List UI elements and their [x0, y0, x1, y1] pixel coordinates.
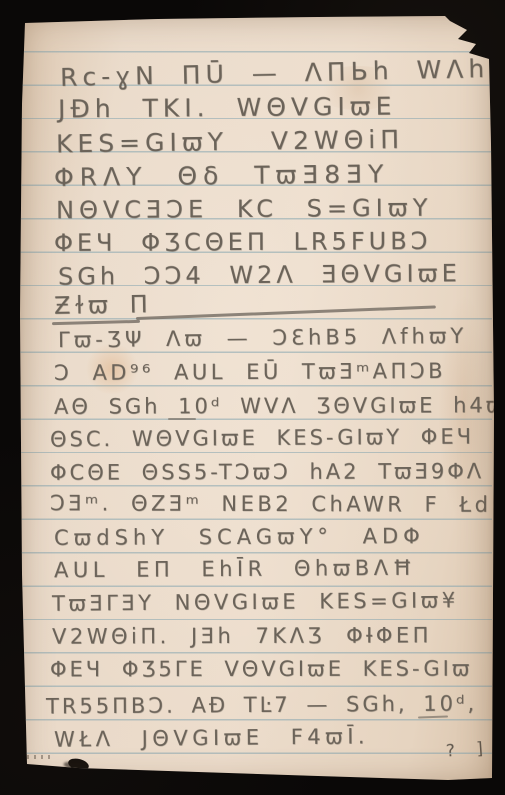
corner-pencil-marks: ? ]	[445, 738, 491, 761]
manuscript-line: CϖdShY SCAGϖY° ADΦ	[54, 524, 425, 550]
manuscript-line: AΘ SGh 10ᵈ WVΛ ƷΘVGIϖE h4ϖ	[54, 393, 505, 419]
manuscript-line: KES=GIϖY V2WΘiΠ	[56, 125, 404, 159]
manuscript-line: Ɔ AD⁹⁶ AUL EŪ TϖƎᵐAΠƆB	[54, 359, 446, 385]
manuscript-line: TR55ΠBƆ. AƉ TĿ7 — SGh, 10ᵈ,	[46, 691, 477, 718]
manuscript-line: ΦCΘE ΘSS5-TƆϖƆ hA2 TϖƎ9ΦΛ	[50, 459, 484, 485]
manuscript-paper: Rc-ɣN ΠŪ — ΛΠЬh WΛhɦR JƉh TKI. WΘVGIϖE K…	[18, 14, 494, 786]
manuscript-line: SGh ƆƆ4 W2Λ ƎΘVGIϖE	[58, 259, 461, 291]
photo-background: { "photo": { "background_color": "#0a080…	[0, 0, 505, 795]
manuscript-line: ΦEЧ ΦƷCΘEΠ LR5FUBƆ	[54, 227, 432, 257]
manuscript-line: WŁΛ JΘVGIϖE F4ϖĪ.	[54, 724, 369, 751]
manuscript-line: Ƶɫϖ Π	[54, 290, 152, 320]
manuscript-line: NΘVCƎƆE KC S=GIϖY	[56, 194, 433, 225]
manuscript-line: ΦEЧ ΦƷ5ΓE VΘVGIϖE KES-GIϖ	[50, 657, 472, 682]
manuscript-line: AUL EΠ EhĪR ΘhϖBΛĦ	[54, 556, 416, 583]
manuscript-line: ƆƎᵐ. ΘZƎᵐ NEB2 ChAWR F Łd	[50, 491, 492, 517]
manuscript-line: Γϖ-ƷΨ Λϖ — ƆƐhB5 ΛfhϖY	[58, 324, 467, 352]
manuscript-line: ΘSC. WΘVGIϖE KES-GIϖY ΦEЧ	[50, 425, 474, 452]
superscript-underline	[168, 418, 196, 420]
manuscript-line: V2WΘiΠ. JƎh 7KΛƷ ΦƗΦEΠ	[52, 623, 432, 648]
manuscript-line: ΦRΛY Θδ TϖƎ8ƎY	[54, 159, 390, 192]
manuscript-line: TϖƎΓƎY NΘVGIϖE KES=GIϖ¥	[52, 588, 459, 616]
manuscript-line: JƉh TKI. WΘVGIϖE	[58, 92, 397, 124]
